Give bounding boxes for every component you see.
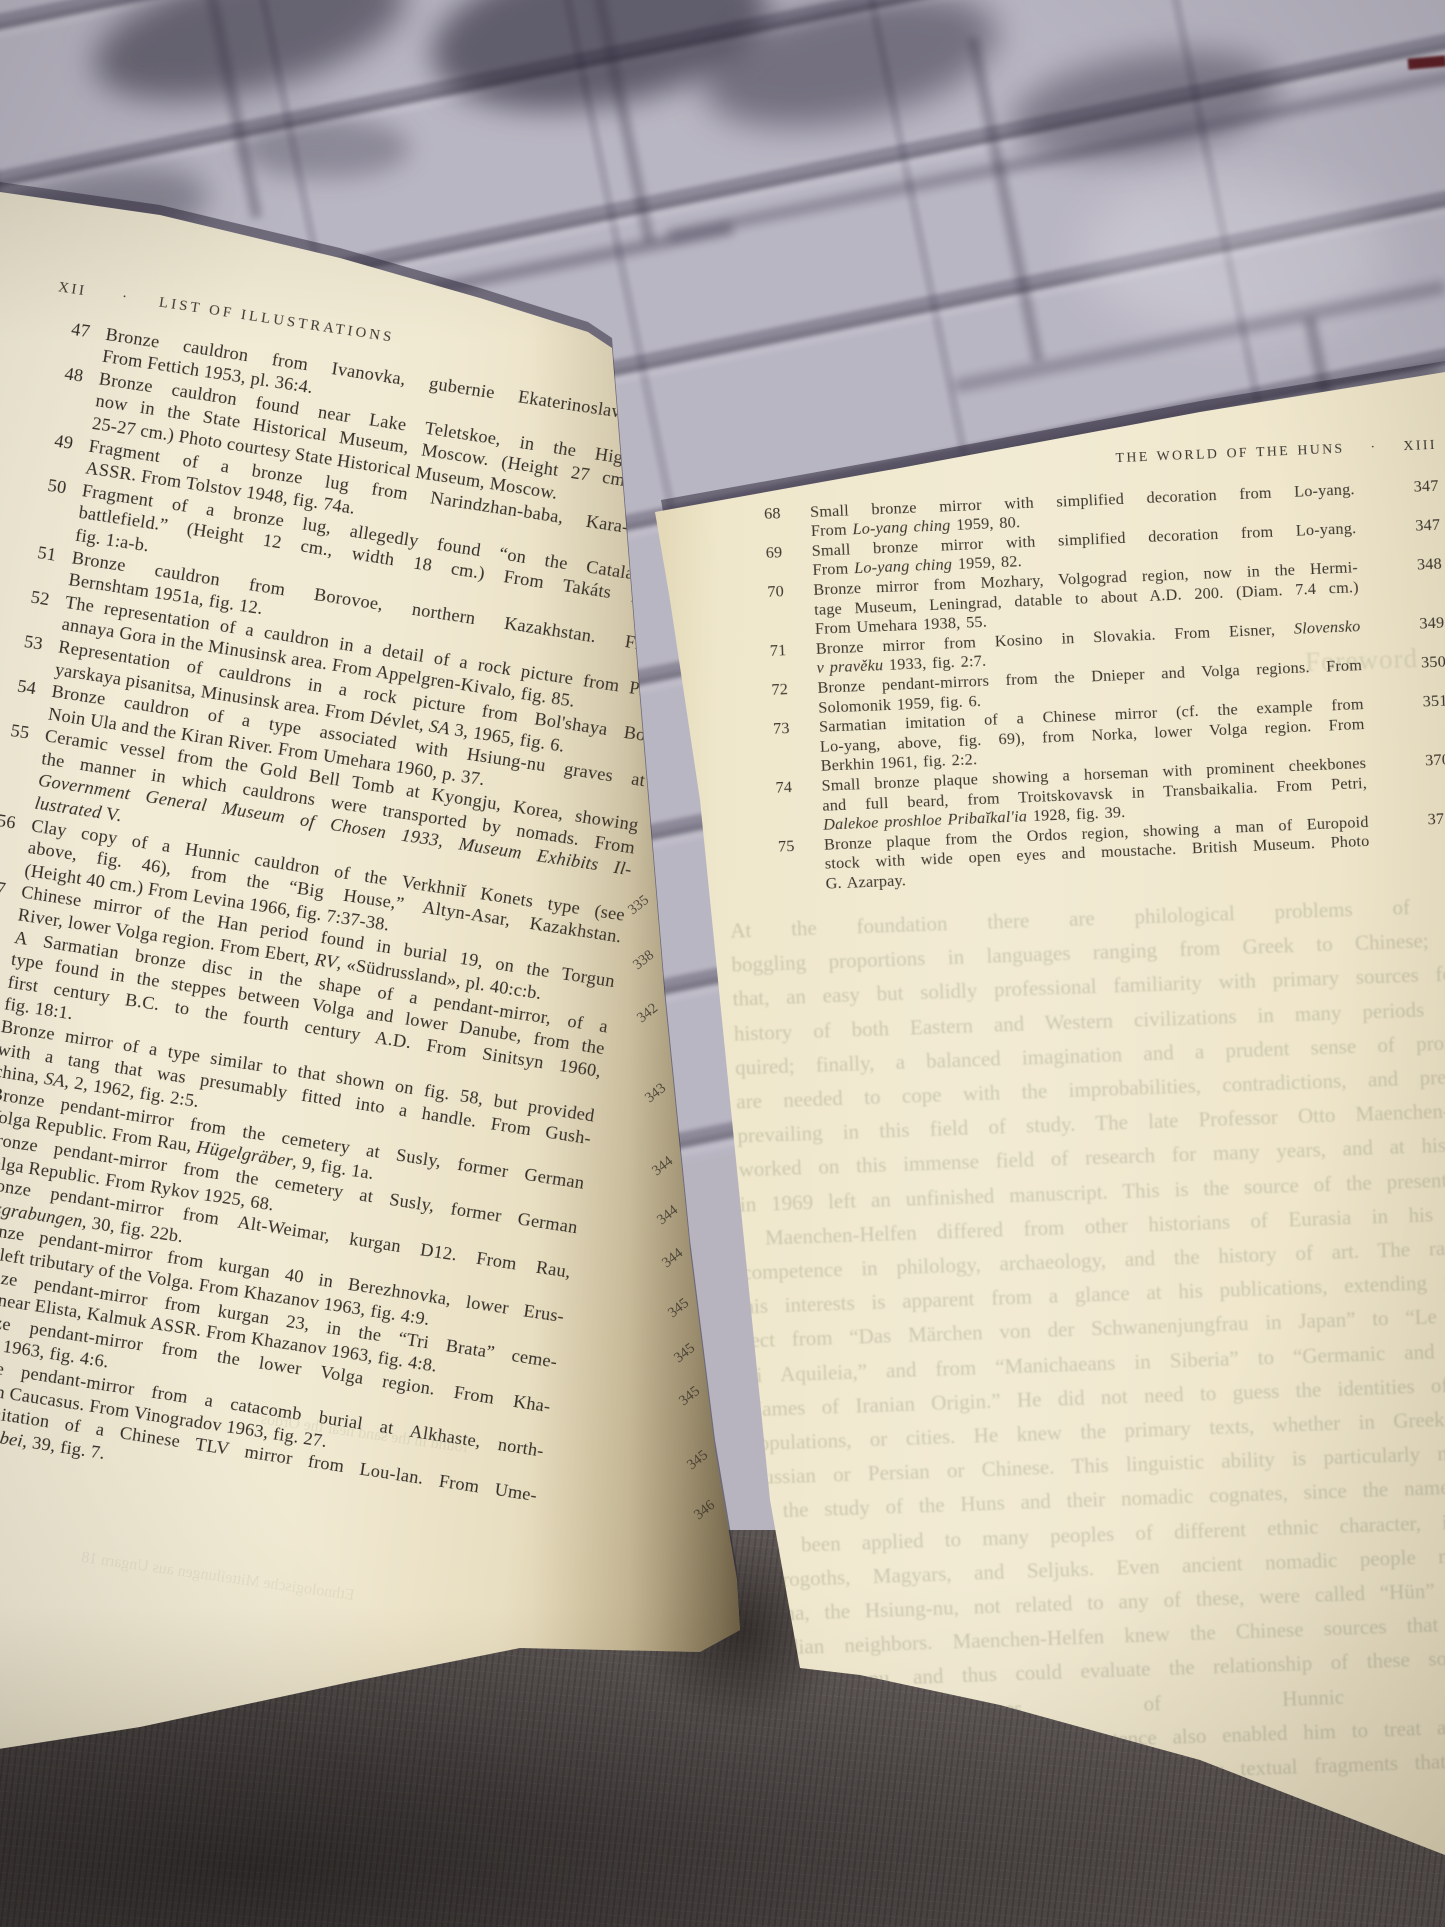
entry-line: china, SA, 2, 1962, fig. 2:5. [0, 1060, 589, 1172]
list-entry: 49Fragment of a bronze lug from Narindzh… [29, 426, 688, 569]
list-entry: 58A Sarmatian bronze disc in the shape o… [0, 917, 614, 1105]
entry-number: 70 [767, 581, 815, 642]
list-entry: 56Clay copy of a Hunnic cauldron of the … [0, 806, 630, 972]
entry-line: tery, near Elista, Kalmuk ASSR. From Kha… [0, 1283, 556, 1395]
showthrough-fragment: Ethnologische Mitteilungen aus Ungarn 18 [80, 1549, 355, 1605]
showthrough-foreword-text: At the foundation there are philological… [730, 887, 1445, 1803]
list-entry: 52The representation of a cauldron in a … [5, 582, 664, 725]
entry-line: Ceramic vessel from the Gold Bell Tomb a… [43, 725, 640, 837]
entry-line: The representation of a cauldron in a de… [64, 591, 661, 703]
entry-line: Bronze pendant-mirror from Alt-Weimar, k… [0, 1171, 572, 1283]
entry-number: 68 [764, 503, 812, 544]
brick-shadow [240, 118, 410, 178]
list-entry: 67An imitation of a Chinese TLV mirror f… [0, 1386, 543, 1529]
entry-line: From Fettich 1953, pl. 36:4. [101, 345, 698, 457]
entry-line: Bronze pendant-mirror from kurgan 40 in … [0, 1216, 566, 1328]
entry-line: Fragment of a bronze lug, allegedly foun… [81, 479, 678, 591]
entry-text: Representation of cauldrons in a rock pi… [54, 635, 654, 769]
entry-line: fig. 18:1. [3, 993, 600, 1105]
entry-page-number: 350 [1421, 652, 1445, 673]
entry-line: Bronze cauldron from Borovoe, northern K… [70, 546, 667, 658]
gutter-page-number: 344 [659, 1245, 687, 1272]
entry-text: Bronze pendant-mirror from the cemetery … [0, 1082, 586, 1216]
entry-number: 47 [45, 314, 91, 365]
entry-line: Bronze cauldron found near Lake Teletsko… [97, 367, 694, 479]
entry-line: Representation of cauldrons in a rock pi… [57, 635, 654, 747]
entry-number: 50 [18, 471, 68, 544]
entry-number: 72 [771, 679, 819, 720]
entry-line: Noin Ula and the Kiran River. From Umeha… [47, 702, 644, 814]
entry-page-number: 348 [1417, 555, 1443, 576]
list-entry: 60Bronze pendant-mirror from the cemeter… [0, 1074, 590, 1217]
entry-text: Bronze mirror of a type similar to that … [0, 1015, 596, 1172]
entry-text: Ceramic vessel from the Gold Bell Tomb a… [33, 725, 640, 904]
entry-line: Volga Republic. From Rau, Hügelgräber, 9… [0, 1104, 583, 1216]
entry-line: (Height 40 cm.) From Levina 1966, fig. 7… [23, 859, 620, 971]
entry-line: lan, left tributary of the Volga. From K… [0, 1238, 562, 1350]
entry-line: western Caucasus. From Vinogradov 1963, … [0, 1373, 542, 1485]
entry-page-number: 347 [1413, 476, 1439, 497]
entry-number: 54 [0, 672, 38, 723]
left-running-head-title: LIST OF ILLUSTRATIONS [157, 292, 396, 350]
entry-page-number: 371 [1427, 809, 1445, 830]
list-entry: 64Bronze pendant-mirror from kurgan 23, … [0, 1252, 563, 1395]
entry-line: battlefield.” (Height 12 cm., width 18 c… [77, 501, 674, 613]
entry-number: 52 [5, 582, 51, 633]
entry-number: 55 [0, 716, 31, 811]
gutter-page-number: 344 [649, 1153, 677, 1180]
right-page-text: THE WORLD OF THE HUNS · XIII 68Small bro… [762, 435, 1445, 896]
gutter-page-number: 345 [665, 1295, 693, 1322]
entry-text: Bronze cauldron found near Lake Teletsko… [91, 367, 694, 524]
entry-line: the manner in which cauldrons were trans… [40, 747, 637, 859]
entry-number: 53 [0, 627, 44, 678]
entry-number: 75 [778, 835, 826, 896]
entry-text: Fragment of a bronze lug, allegedly foun… [74, 479, 677, 636]
entry-number: 73 [773, 718, 821, 779]
entry-number: 51 [12, 538, 58, 589]
entry-text: Fragment of a bronze lug from Narindzhan… [84, 434, 684, 568]
entry-line: A Sarmatian bronze disc in the shape of … [13, 926, 610, 1038]
entry-number: 56 [0, 806, 17, 879]
entry-text: A Sarmatian bronze disc in the shape of … [3, 926, 610, 1105]
showthrough-fragment: found in the sand near the Ordos [260, 1411, 469, 1458]
list-entry: 57Chinese mirror of the Han period found… [0, 873, 620, 1016]
entry-line: Government General Museum of Chosen 1933… [37, 769, 634, 881]
entry-line: ASSR. From Tolstov 1948, fig. 74a. [84, 457, 681, 569]
entry-line: above, fig. 46), from the “Big House,” A… [27, 836, 624, 948]
entry-line: River, lower Volga region. From Ebert, R… [16, 903, 613, 1015]
entry-text: Bronze pendant-mirror from kurgan 40 in … [0, 1216, 566, 1350]
entry-line: type found in the steppes between Volga … [10, 948, 607, 1060]
entry-text: Bronze cauldron from Borovoe, northern K… [67, 546, 667, 680]
gutter-page-number: 335 [625, 892, 653, 919]
entry-line: Bronze mirror of a type similar to that … [0, 1015, 596, 1127]
entry-line: Bronze pendant-mirror from the cemetery … [0, 1082, 586, 1194]
entry-line: with a tang that was presumably fitted i… [0, 1037, 593, 1149]
entry-text: Chinese mirror of the Han period found i… [16, 881, 616, 1015]
entry-number: 49 [29, 426, 75, 477]
entry-line: Bronze pendant-mirror from the cemetery … [0, 1127, 579, 1239]
entry-line: Volga Republic. From Rykov 1925, 68. [0, 1149, 576, 1261]
separator-dot: · [120, 286, 131, 309]
gutter-page-number: 338 [630, 947, 658, 974]
list-entry: 65Bronze pendant-mirror from the lower V… [0, 1297, 556, 1440]
entry-page-number: 347 [1415, 515, 1441, 536]
entry-text: Bronze pendant-mirror from the lower Vol… [0, 1305, 552, 1439]
list-entry: 54Bronze cauldron of a type associated w… [0, 672, 651, 815]
gutter-page-number: 344 [654, 1202, 682, 1229]
gutter-page-number: 345 [671, 1340, 699, 1367]
gutter-page-number: 345 [684, 1447, 712, 1474]
left-page-text: XII · LIST OF ILLUSTRATIONS 47Bronze cau… [0, 276, 711, 1530]
entry-number: 48 [35, 359, 85, 432]
entry-line: lustrated V. [33, 792, 630, 904]
entry-text: Bronze pendant-mirror from kurgan 23, in… [0, 1261, 559, 1395]
entry-line: now in the State Historical Museum, Mosc… [94, 390, 691, 502]
gutter-page-number: 342 [634, 1000, 662, 1027]
left-page-number: XII [57, 276, 88, 303]
entry-line: zanov 1963, fig. 4:6. [0, 1328, 549, 1440]
entry-line: Bernshtam 1951a, fig. 12. [67, 568, 664, 680]
list-entry: 62Bronze pendant-mirror from Alt-Weimar,… [0, 1163, 576, 1306]
entry-page-number: 351 [1422, 692, 1445, 713]
entry-line: An imitation of a Chinese TLV mirror fro… [0, 1395, 539, 1507]
entry-text: The representation of a cauldron in a de… [60, 591, 660, 725]
entry-number: 57 [0, 873, 7, 924]
entry-line: first century B.C. to the fourth century… [6, 970, 603, 1082]
list-entry: 59Bronze mirror of a type similar to tha… [0, 1007, 600, 1173]
entry-line: 25-27 cm.) Photo courtesy State Historic… [91, 412, 688, 524]
illustration-list-left: 47Bronze cauldron from Ivanovka, guberni… [0, 314, 705, 1530]
entry-text: Bronze pendant-mirror from the cemetery … [0, 1127, 579, 1261]
entry-line: Bronze pendant-mirror from the lower Vol… [0, 1305, 552, 1417]
entry-line: fig. 1:a-b. [74, 524, 671, 636]
right-running-head-title: THE WORLD OF THE HUNS [1115, 439, 1345, 468]
list-entry: 48Bronze cauldron found near Lake Telets… [35, 359, 698, 525]
list-entry: 66Bronze pendant-mirror from a catacomb … [0, 1342, 549, 1485]
entry-line: Clay copy of a Hunnic cauldron of the Ve… [30, 814, 627, 926]
entry-text: Bronze pendant-mirror from a catacomb bu… [0, 1350, 545, 1484]
list-entry: 53Representation of cauldrons in a rock … [0, 627, 658, 770]
list-entry: 51Bronze cauldron from Borovoe, northern… [12, 538, 671, 681]
entry-text: Clay copy of a Hunnic cauldron of the Ve… [23, 814, 626, 971]
entry-page-number: 349 [1419, 613, 1445, 634]
entry-line: Bronze cauldron of a type associated wit… [50, 680, 647, 792]
list-entry: 50Fragment of a bronze lug, allegedly fo… [18, 471, 681, 637]
entry-page-number: 370 [1425, 750, 1445, 771]
list-entry: 63Bronze pendant-mirror from kurgan 40 i… [0, 1208, 570, 1351]
entry-text: Bronze cauldron of a type associated wit… [47, 680, 647, 814]
separator-dot: · [1370, 437, 1378, 457]
entry-number: 74 [775, 777, 823, 838]
entry-line: Bronze pendant-mirror from kurgan 23, in… [0, 1261, 559, 1373]
book-photo-scene: XII · LIST OF ILLUSTRATIONS 47Bronze cau… [0, 0, 1445, 1927]
entry-line: yarskaya pisanitsa, Minusinsk area. From… [54, 658, 651, 770]
right-page-number: XIII [1403, 435, 1437, 456]
list-entry: 55Ceramic vessel from the Gold Bell Tomb… [0, 716, 644, 904]
illustration-list-right: 68Small bronze mirror with simplified de… [764, 476, 1445, 896]
entry-line: Bronze pendant-mirror from a catacomb bu… [0, 1350, 545, 1462]
entry-line: hara, Ô bei, 39, fig. 7. [0, 1417, 535, 1529]
entry-line: Fragment of a bronze lug from Narindzhan… [87, 434, 684, 546]
gutter-page-number: 343 [642, 1080, 670, 1107]
entry-line: Chinese mirror of the Han period found i… [20, 881, 617, 993]
gutter-page-number: 346 [691, 1497, 719, 1524]
entry-text: Bronze pendant-mirror from Alt-Weimar, k… [0, 1171, 572, 1305]
entry-line: annaya Gora in the Minusinsk area. From … [60, 613, 657, 725]
entry-number: 69 [765, 542, 813, 583]
list-entry: 61Bronze pendant-mirror from the cemeter… [0, 1118, 583, 1261]
entry-line: Ausgrabungen, 30, fig. 22b. [0, 1194, 569, 1306]
entry-text: An imitation of a Chinese TLV mirror fro… [0, 1395, 539, 1529]
entry-number: 58 [0, 917, 1, 1012]
entry-number: 71 [769, 640, 817, 681]
gutter-page-number: 345 [676, 1383, 704, 1410]
